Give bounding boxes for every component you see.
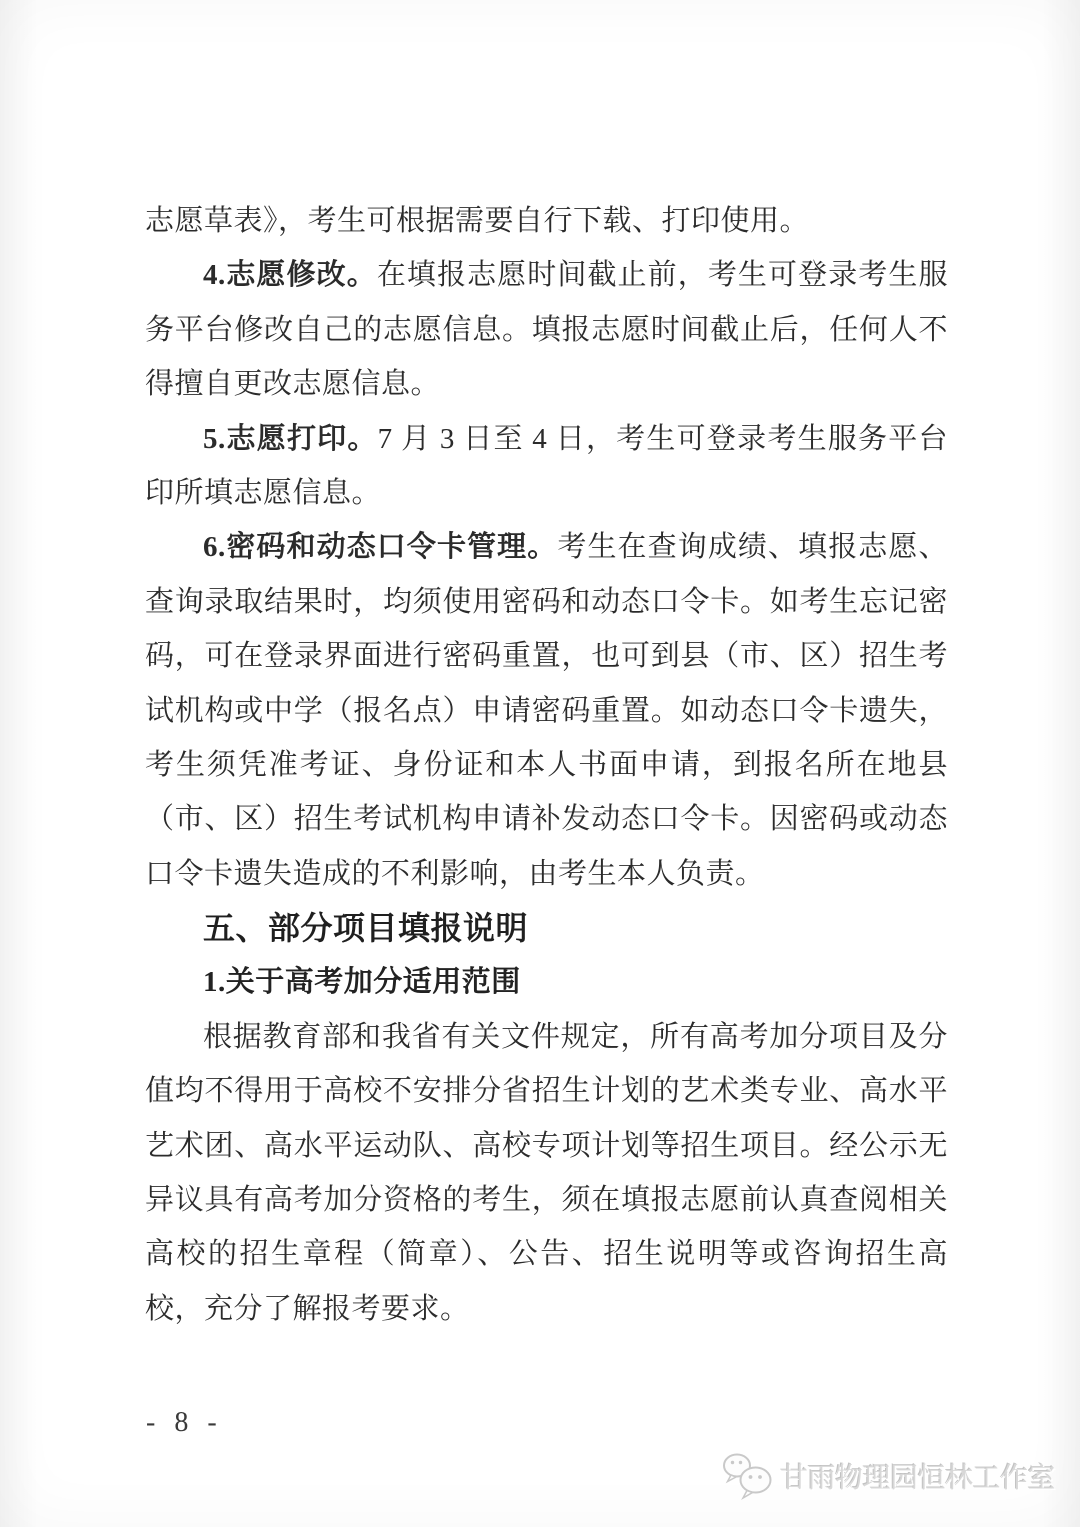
text-line: 高校的招生章程（简章）、公告、招生说明等或咨询招生高 (145, 1227, 948, 1281)
text-segment: 查询录取结果时，均须使用密码和动态口令卡。如考生忘记密 (145, 586, 948, 618)
text-segment: 在填报志愿时间截止前，考生可登录考生服 (377, 259, 948, 291)
section-heading: 五、部分项目填报说明 (145, 901, 948, 955)
text-segment: 码，可在登录界面进行密码重置，也可到县（市、区）招生考 (145, 640, 948, 672)
text-segment: 高校的招生章程（简章）、公告、招生说明等或咨询招生高 (145, 1238, 948, 1270)
text-segment: 5.志愿打印。 (203, 423, 378, 455)
document-page: 志愿草表》，考生可根据需要自行下载、打印使用。4.志愿修改。在填报志愿时间截止前… (0, 0, 1080, 1527)
text-line: 得擅自更改志愿信息。 (145, 357, 948, 411)
text-line: 务平台修改自己的志愿信息。填报志愿时间截止后，任何人不 (145, 303, 948, 357)
text-segment: 异议具有高考加分资格的考生，须在填报志愿前认真查阅相关 (145, 1184, 948, 1216)
text-line: 校，充分了解报考要求。 (145, 1282, 948, 1336)
text-line: 值均不得用于高校不安排分省招生计划的艺术类专业、高水平 (145, 1064, 948, 1118)
text-segment: 五、部分项目填报说明 (203, 910, 528, 946)
text-line: 志愿草表》，考生可根据需要自行下载、打印使用。 (145, 194, 948, 248)
watermark: 甘雨物理园恒林工作室 (722, 1452, 1055, 1500)
text-line: 查询录取结果时，均须使用密码和动态口令卡。如考生忘记密 (145, 575, 948, 629)
text-segment: 1.关于高考加分适用范围 (203, 966, 521, 998)
text-segment: 考生在查询成绩、填报志愿、 (557, 531, 948, 563)
text-line: 印所填志愿信息。 (145, 466, 948, 520)
text-segment: 6.密码和动态口令卡管理。 (203, 531, 557, 563)
page-number: - 8 - (146, 1407, 223, 1439)
text-segment: 得擅自更改志愿信息。 (145, 368, 440, 400)
text-line: 5.志愿打印。7 月 3 日至 4 日，考生可登录考生服务平台打 (145, 412, 948, 466)
text-line: 6.密码和动态口令卡管理。考生在查询成绩、填报志愿、 (145, 520, 948, 574)
text-line: 异议具有高考加分资格的考生，须在填报志愿前认真查阅相关 (145, 1173, 948, 1227)
document-body: 志愿草表》，考生可根据需要自行下载、打印使用。4.志愿修改。在填报志愿时间截止前… (145, 194, 948, 1336)
text-segment: 印所填志愿信息。 (145, 477, 381, 509)
text-segment: 艺术团、高水平运动队、高校专项计划等招生项目。经公示无 (145, 1130, 948, 1162)
text-segment: 考生须凭准考证、身份证和本人书面申请，到报名所在地县 (145, 749, 948, 781)
text-segment: 校，充分了解报考要求。 (145, 1293, 470, 1325)
text-line: （市、区）招生考试机构申请补发动态口令卡。因密码或动态 (145, 792, 948, 846)
text-segment: 务平台修改自己的志愿信息。填报志愿时间截止后，任何人不 (145, 314, 948, 346)
text-segment: 值均不得用于高校不安排分省招生计划的艺术类专业、高水平 (145, 1075, 948, 1107)
watermark-text: 甘雨物理园恒林工作室 (780, 1456, 1055, 1496)
text-line: 考生须凭准考证、身份证和本人书面申请，到报名所在地县 (145, 738, 948, 792)
text-segment: 志愿草表》，考生可根据需要自行下载、打印使用。 (145, 205, 809, 237)
text-segment: 试机构或中学（报名点）申请密码重置。如动态口令卡遗失， (145, 695, 948, 727)
text-segment: 根据教育部和我省有关文件规定，所有高考加分项目及分 (203, 1021, 948, 1053)
text-line: 艺术团、高水平运动队、高校专项计划等招生项目。经公示无 (145, 1119, 948, 1173)
text-line: 试机构或中学（报名点）申请密码重置。如动态口令卡遗失， (145, 684, 948, 738)
text-line: 码，可在登录界面进行密码重置，也可到县（市、区）招生考 (145, 629, 948, 683)
sub-heading: 1.关于高考加分适用范围 (145, 955, 948, 1009)
text-segment: 口令卡遗失造成的不利影响，由考生本人负责。 (145, 858, 765, 890)
text-segment: （市、区）招生考试机构申请补发动态口令卡。因密码或动态 (145, 803, 948, 835)
text-segment: 4.志愿修改。 (203, 259, 377, 291)
text-line: 口令卡遗失造成的不利影响，由考生本人负责。 (145, 847, 948, 901)
text-line: 4.志愿修改。在填报志愿时间截止前，考生可登录考生服 (145, 248, 948, 302)
text-line: 根据教育部和我省有关文件规定，所有高考加分项目及分 (145, 1010, 948, 1064)
wechat-icon (722, 1452, 774, 1500)
